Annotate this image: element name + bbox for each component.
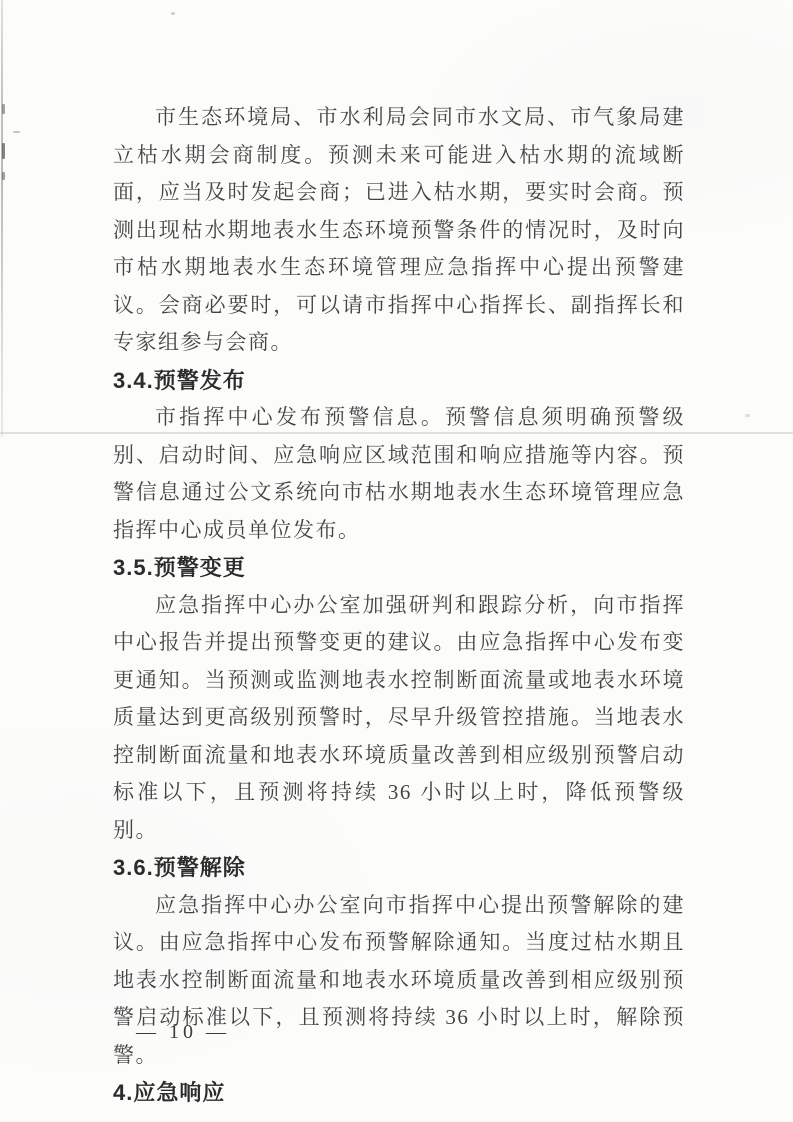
scanned-document-page: 市生态环境局、市水利局会同市水文局、市气象局建立枯水期会商制度。预测未来可能进入… xyxy=(0,0,793,1122)
scan-speck xyxy=(2,172,5,180)
heading-3-4-warning-release: 3.4.预警发布 xyxy=(113,362,685,400)
heading-4-emergency-response: 4.应急响应 xyxy=(113,1074,685,1112)
paragraph-warning-change: 应急指挥中心办公室加强研判和跟踪分析，向市指挥中心报告并提出预警变更的建议。由应… xyxy=(113,587,685,850)
scan-speck xyxy=(171,12,175,15)
paragraph-warning-lift: 应急指挥中心办公室向市指挥中心提出预警解除的建议。由应急指挥中心发布预警解除通知… xyxy=(113,887,685,1075)
scan-speck xyxy=(13,131,20,133)
heading-3-5-warning-change: 3.5.预警变更 xyxy=(113,549,685,587)
scan-edge-shadow xyxy=(1,0,3,437)
heading-3-6-warning-lift: 3.6.预警解除 xyxy=(113,849,685,887)
paragraph-warning-release: 市指挥中心发布预警信息。预警信息须明确预警级别、启动时间、应急响应区域范围和响应… xyxy=(113,399,685,549)
paragraph-consultation-mechanism: 市生态环境局、市水利局会同市水文局、市气象局建立枯水期会商制度。预测未来可能进入… xyxy=(113,99,685,362)
scan-speck xyxy=(2,104,5,114)
document-content: 市生态环境局、市水利局会同市水文局、市气象局建立枯水期会商制度。预测未来可能进入… xyxy=(113,99,685,1112)
scan-speck xyxy=(745,414,750,417)
scan-speck xyxy=(2,143,5,159)
page-number: — 10 — xyxy=(136,1021,230,1044)
